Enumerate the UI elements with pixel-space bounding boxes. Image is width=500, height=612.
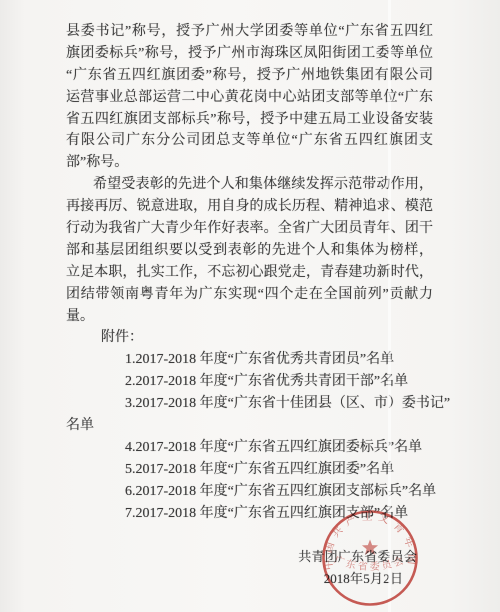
body-line: 部和基层团组织要以受到表彰的先进个人和集体为榜样， <box>66 240 433 262</box>
svg-text:广东省委员会: 广东省委员会 <box>332 553 407 573</box>
official-seal: 中国共产主义青年团 广东省委员会 <box>316 506 424 612</box>
seal-star-icon <box>362 540 378 555</box>
body-line: 省五四红旗团支部标兵”称号，授予中建五局工业设备安装 <box>66 109 433 131</box>
attachment-item: 1.2017-2018 年度“广东省优秀共青团员”名单 <box>66 349 433 371</box>
attachment-item: 2.2017-2018 年度“广东省优秀共青团干部”名单 <box>66 371 433 393</box>
body-line: 行动为我省广大青少年作好表率。全省广大团员青年、团干 <box>66 218 433 240</box>
body-line: 立足本职，扎实工作，不忘初心跟党走，青春建功新时代， <box>66 262 433 284</box>
body-line: 运营事业总部运营二中心黄花岗中心站团支部等单位“广东 <box>66 87 433 109</box>
attachment-item-wrap: 名单 <box>66 415 433 437</box>
attachment-item: 4.2017-2018 年度“广东省五四红旗团委标兵”名单 <box>66 437 433 459</box>
body-line: 希望受表彰的先进个人和集体继续发挥示范带动作用， <box>66 174 433 196</box>
body-line: 有限公司广东分公司团总支等单位“广东省五四红旗团支 <box>66 130 433 152</box>
body-line: “广东省五四红旗团委”称号，授予广州地铁集团有限公司 <box>66 65 433 87</box>
attachment-item: 6.2017-2018 年度“广东省五四红旗团支部标兵”名单 <box>66 481 433 503</box>
body-line: 旗团委标兵”称号，授予广州市海珠区凤阳街团工委等单位 <box>66 43 433 65</box>
attachments-label: 附件： <box>66 327 433 349</box>
document-body: 县委书记”称号，授予广州大学团委等单位“广东省五四红 旗团委标兵”称号，授予广州… <box>66 21 433 590</box>
body-line: 团结带领南粤青年为广东实现“四个走在全国前列”贡献力 <box>66 284 433 306</box>
scanned-document-page: 县委书记”称号，授予广州大学团委等单位“广东省五四红 旗团委标兵”称号，授予广州… <box>0 0 500 612</box>
seal-center-text: 广东省委员会 <box>332 553 407 573</box>
body-line: 县委书记”称号，授予广州大学团委等单位“广东省五四红 <box>66 21 433 43</box>
attachment-item: 5.2017-2018 年度“广东省五四红旗团委”名单 <box>66 459 433 481</box>
body-line: 量。 <box>66 306 433 328</box>
body-line: 再接再厉、锐意进取，用自身的成长历程、精神追求、模范 <box>66 196 433 218</box>
attachment-item: 3.2017-2018 年度“广东省十佳团县（区、市）委书记” <box>66 393 433 415</box>
body-line: 部”称号。 <box>66 152 433 174</box>
